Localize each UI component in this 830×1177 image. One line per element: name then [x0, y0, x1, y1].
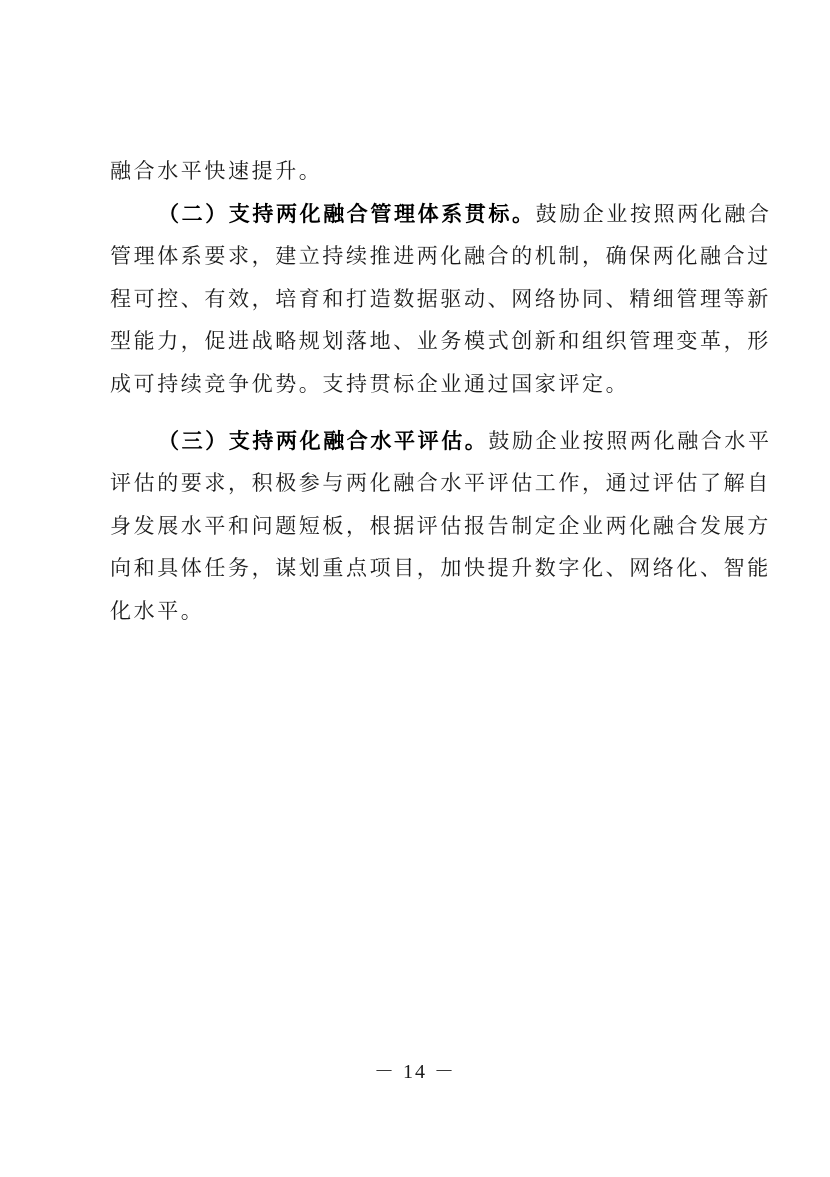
paragraph-continuation-line: 融合水平快速提升。: [110, 150, 730, 193]
paragraph-line: 成可持续竞争优势。支持贯标企业通过国家评定。: [110, 363, 730, 406]
paragraph-spacer: [110, 406, 730, 420]
paragraph-text: 鼓励企业按照两化融合水平: [488, 429, 771, 453]
paragraph-2: （二）支持两化融合管理体系贯标。鼓励企业按照两化融合 管理体系要求，建立持续推进…: [110, 193, 730, 406]
paragraph-line: 身发展水平和问题短板，根据评估报告制定企业两化融合发展方: [110, 505, 730, 548]
paragraph-line: 评估的要求，积极参与两化融合水平评估工作，通过评估了解自: [110, 462, 730, 505]
document-body: 融合水平快速提升。 （二）支持两化融合管理体系贯标。鼓励企业按照两化融合 管理体…: [110, 150, 730, 633]
paragraph-line: 管理体系要求，建立持续推进两化融合的机制，确保两化融合过: [110, 235, 730, 278]
paragraph-line: 型能力，促进战略规划落地、业务模式创新和组织管理变革，形: [110, 320, 730, 363]
section-heading-3: （三）支持两化融合水平评估。: [158, 429, 488, 453]
section-heading-2: （二）支持两化融合管理体系贯标。: [158, 202, 536, 226]
paragraph-line: 向和具体任务，谋划重点项目，加快提升数字化、网络化、智能: [110, 547, 730, 590]
paragraph-first-line: （三）支持两化融合水平评估。鼓励企业按照两化融合水平: [110, 420, 730, 463]
paragraph-line: 程可控、有效，培育和打造数据驱动、网络协同、精细管理等新: [110, 278, 730, 321]
paragraph-3: （三）支持两化融合水平评估。鼓励企业按照两化融合水平 评估的要求，积极参与两化融…: [110, 420, 730, 633]
paragraph-line: 化水平。: [110, 590, 730, 633]
paragraph-text: 鼓励企业按照两化融合: [536, 202, 772, 226]
page-number: － 14 －: [0, 1055, 830, 1084]
paragraph-first-line: （二）支持两化融合管理体系贯标。鼓励企业按照两化融合: [110, 193, 730, 236]
